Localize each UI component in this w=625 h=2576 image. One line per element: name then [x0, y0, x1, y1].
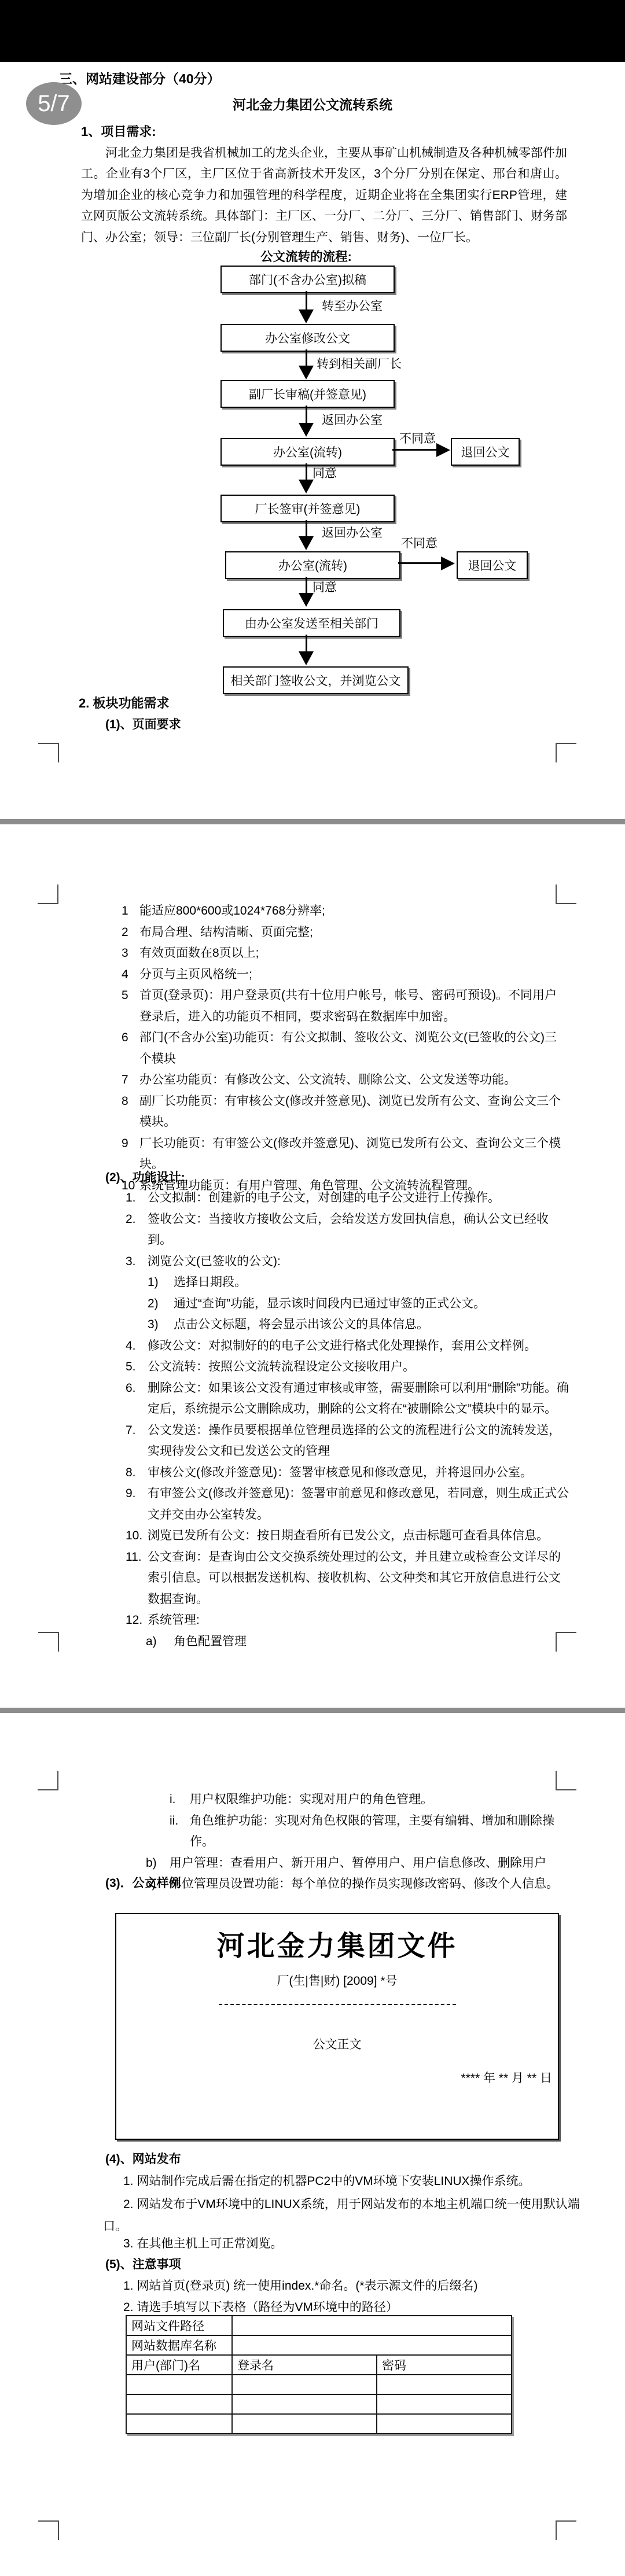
table-row — [126, 2414, 512, 2434]
list-item: 7办公室功能页：有修改公文、公文流转、删除公文、公文发送等功能。 — [122, 1070, 568, 1091]
arrow-down-shaft — [306, 635, 307, 653]
table-cell-db-name-label: 网站数据库名称 — [126, 2335, 232, 2355]
requirements-heading: 1、项目需求: — [81, 122, 156, 140]
sample-doc-date-placeholder: **** 年 ** 月 ** 日 — [116, 2069, 558, 2086]
arrow-down-shaft — [306, 520, 307, 537]
list-item: 12.系统管理: — [126, 1610, 571, 1631]
table-cell-empty — [126, 2394, 232, 2414]
arrow-right-shaft — [398, 562, 442, 564]
page-requirements-list: 1能适应800*600或1024*768分辨率; 2布局合理、结构清晰、页面完整… — [122, 901, 568, 1196]
list-item: 5首页(登录页)：用户登录页(共有十位用户帐号，帐号、密码可预设)。不同用户登录… — [122, 985, 568, 1027]
table-cell-empty — [232, 2414, 377, 2434]
table-cell-empty — [126, 2375, 232, 2394]
sample-doc-org-title: 河北金力集团文件 — [116, 1923, 558, 1963]
page-separator — [0, 819, 625, 824]
flowchart-box-draft: 部门(不含办公室)拟稿 — [220, 266, 395, 293]
flowchart-box-send-departments: 由办公室发送至相关部门 — [223, 609, 400, 637]
list-item: 7.公文发送：操作员要根据单位管理员选择的公文的流程进行公文的流转发送，实现待发… — [126, 1420, 571, 1462]
table-cell-empty — [232, 2394, 377, 2414]
flowchart-box-return-doc-1: 退回公文 — [451, 438, 520, 466]
flow-label-to-office: 转至办公室 — [322, 298, 383, 314]
arrow-down-icon — [299, 366, 314, 379]
list-subitem: i.用户权限维护功能：实现对用户的角色管理。 — [170, 1789, 574, 1811]
sample-document-box: 河北金力集团文件 厂(生|售|财) [2009] *号 公文正文 **** 年 … — [115, 1913, 559, 2140]
publish-item: 1. 网站制作完成后需在指定的机器PC2中的VM环境下安装LINUX操作系统。 — [103, 2170, 586, 2192]
flowchart-box-vice-review: 副厂长审稿(并签意见) — [220, 380, 395, 408]
list-item: 8.审核公文(修改并签意见)：签署审核意见和修改意见，并将退回办公室。 — [126, 1462, 571, 1484]
arrow-right-shaft — [392, 449, 437, 451]
list-item: 4分页与主页风格统一; — [122, 964, 568, 986]
list-item: 3有效页面数在8页以上; — [122, 943, 568, 964]
page-corner-mark — [38, 743, 59, 762]
flow-label-back-office-2: 返回办公室 — [322, 525, 383, 541]
list-item: 10.浏览已发所有公文：按日期查看所有已发公文，点击标题可查看具体信息。 — [126, 1525, 571, 1547]
arrow-down-icon — [299, 480, 314, 493]
flowchart-box-office-edit: 办公室修改公文 — [220, 324, 395, 352]
flowchart-box-return-doc-2: 退回公文 — [457, 551, 528, 579]
table-header-user: 用户(部门)名 — [126, 2355, 232, 2375]
list-item: 2.签收公文：当接收方接收公文后，会给发送方发回执信息，确认公文已经收到。 — [126, 1209, 571, 1251]
arrow-down-shaft — [306, 406, 307, 424]
sub2-heading: (2)、功能设计: — [105, 1168, 185, 1185]
page-corner-mark — [556, 1632, 576, 1652]
sample-doc-body-placeholder: 公文正文 — [116, 2035, 558, 2052]
table-header-row: 用户(部门)名 登录名 密码 — [126, 2355, 512, 2375]
sub1-heading: (1)、页面要求 — [105, 715, 181, 732]
arrow-down-icon — [299, 536, 314, 550]
arrow-down-shaft — [306, 349, 307, 367]
page-corner-mark — [556, 1771, 576, 1790]
page-corner-mark — [38, 1632, 59, 1652]
page-corner-mark — [556, 2520, 576, 2540]
table-cell-site-path-label: 网站文件路径 — [126, 2316, 232, 2335]
list-item: 1.公文拟制：创建新的电子公文，对创建的电子公文进行上传操作。 — [126, 1188, 571, 1209]
flow-label-disagree-1: 不同意 — [399, 431, 436, 447]
list-item: 2布局合理、结构清晰、页面完整; — [122, 922, 568, 944]
arrow-right-icon — [436, 443, 450, 457]
list-item: 9.有审签公文(修改并签意见)：签署审前意见和修改意见，若同意，则生成正式公文并… — [126, 1483, 571, 1525]
flow-label-back-office-1: 返回办公室 — [322, 412, 383, 428]
flowchart-box-director-sign: 厂长签审(并签意见) — [220, 495, 395, 522]
section2-heading: 2. 板块功能需求 — [79, 694, 169, 712]
list-item: 1能适应800*600或1024*768分辨率; — [122, 901, 568, 922]
flowchart-box-office-route-1: 办公室(流转) — [220, 438, 395, 466]
document-page: 三、网站建设部分（40分） 5/7 河北金力集团公文流转系统 1、项目需求: 河… — [0, 0, 625, 2576]
page-corner-mark — [38, 2520, 59, 2540]
table-cell-empty — [232, 2375, 377, 2394]
document-title: 河北金力集团公文流转系统 — [0, 94, 625, 113]
login-info-table: 网站文件路径 网站数据库名称 用户(部门)名 登录名 密码 — [126, 2315, 512, 2434]
list-subitem: 2)通过“查询”功能，显示该时间段内已通过审签的正式公文。 — [148, 1293, 571, 1315]
table-header-login: 登录名 — [232, 2355, 377, 2375]
publish-item: 3. 在其他主机上可正常浏览。 — [103, 2233, 586, 2255]
arrow-down-shaft — [306, 463, 307, 481]
page-separator — [0, 1708, 625, 1713]
flow-label-to-vice: 转到相关副厂长 — [317, 356, 402, 372]
table-cell-empty — [377, 2394, 512, 2414]
page-corner-mark — [38, 885, 58, 904]
table-cell-site-path-value — [232, 2316, 512, 2335]
page-corner-mark — [38, 1771, 58, 1790]
list-subitem: b)用户管理：查看用户、新开用户、暂停用户、用户信息修改、删除用户 — [146, 1853, 574, 1874]
table-cell-empty — [377, 2414, 512, 2434]
list-item: 5.公文流转：按照公文流转流程设定公文接收用户。 — [126, 1357, 571, 1378]
list-item: 9厂长功能页：有审签公文(修改并签意见)、浏览已发所有公文、查询公文三个模块。 — [122, 1133, 568, 1175]
flow-label-agree-2: 同意 — [312, 580, 337, 595]
sample-doc-divider — [219, 2004, 456, 2005]
arrow-down-icon — [299, 651, 314, 665]
sub3-heading: (3)．公文样例 — [105, 1874, 181, 1891]
list-item: 6部门(不含办公室)功能页：有公文拟制、签收公文、浏览公文(已签收的公文)三个模… — [122, 1027, 568, 1070]
flow-label-disagree-2: 不同意 — [401, 536, 437, 551]
arrow-right-icon — [441, 557, 455, 570]
sub4-heading: (4)、网站发布 — [105, 2150, 181, 2167]
list-subitem: 3)点击公文标题，将会显示出该公文的具体信息。 — [148, 1314, 571, 1336]
intro-paragraph: 河北金力集团是我省机械加工的龙头企业，主要从事矿山机械制造及各种机械零部件加工。… — [81, 143, 567, 248]
arrow-down-icon — [299, 309, 314, 323]
sample-doc-code: 厂(生|售|财) [2009] *号 — [116, 1971, 558, 1989]
table-row: 网站数据库名称 — [126, 2335, 512, 2355]
arrow-down-icon — [299, 423, 314, 437]
letterbox-top — [0, 0, 625, 62]
table-cell-empty — [126, 2414, 232, 2434]
section-heading: 三、网站建设部分（40分） — [59, 68, 220, 87]
table-row — [126, 2375, 512, 2394]
list-subitem: a)角色配置管理 — [146, 1631, 571, 1653]
flowchart-title: 公文流转的流程: — [196, 247, 416, 265]
note-item: 1. 网站首页(登录页) 统一使用index.*命名。(*表示源文件的后缀名) — [103, 2275, 595, 2297]
sysadmin-list: i.用户权限维护功能：实现对用户的角色管理。 ii.角色维护功能：实现对角色权限… — [146, 1789, 574, 1895]
arrow-down-icon — [299, 593, 314, 607]
list-item: 4.修改公文：对拟制好的的电子公文进行格式化处理操作，套用公文样例。 — [126, 1336, 571, 1357]
flow-label-agree-1: 同意 — [312, 466, 337, 481]
list-subitem: 1)选择日期段。 — [148, 1272, 571, 1293]
publish-item: 2. 网站发布于VM环境中的LINUX系统，用于网站发布的本地主机端口统一使用默… — [103, 2194, 586, 2238]
arrow-down-shaft — [306, 291, 307, 310]
flowchart-box-office-route-2: 办公室(流转) — [225, 551, 400, 579]
function-design-list: 1.公文拟制：创建新的电子公文，对创建的电子公文进行上传操作。 2.签收公文：当… — [126, 1188, 571, 1652]
table-header-password: 密码 — [377, 2355, 512, 2375]
table-row: 网站文件路径 — [126, 2316, 512, 2335]
flowchart-box-receive-browse: 相关部门签收公文，并浏览公文 — [223, 666, 409, 694]
table-row — [126, 2394, 512, 2414]
table-cell-empty — [377, 2375, 512, 2394]
list-subitem: c)单位管理员设置功能：每个单位的操作员实现修改密码、修改个人信息。 — [146, 1874, 574, 1895]
list-item: 6.删除公文：如果该公文没有通过审核或审签，需要删除可以利用“删除”功能。确定后… — [126, 1378, 571, 1420]
list-item: 8副厂长功能页：有审核公文(修改并签意见)、浏览已发所有公文、查询公文三个模块。 — [122, 1091, 568, 1133]
list-item: 11.公文查询：是查询由公文交换系统处理过的公文，并且建立或检查公文详尽的索引信… — [126, 1547, 571, 1611]
page-corner-mark — [556, 743, 576, 762]
list-item: 3.浏览公文(已签收的公文): — [126, 1251, 571, 1273]
list-subitem: ii.角色维护功能：实现对角色权限的管理，主要有编辑、增加和删除操作。 — [170, 1811, 574, 1853]
sub5-heading: (5)、注意事项 — [105, 2255, 181, 2272]
table-cell-db-name-value — [232, 2335, 512, 2355]
arrow-down-shaft — [306, 577, 307, 594]
